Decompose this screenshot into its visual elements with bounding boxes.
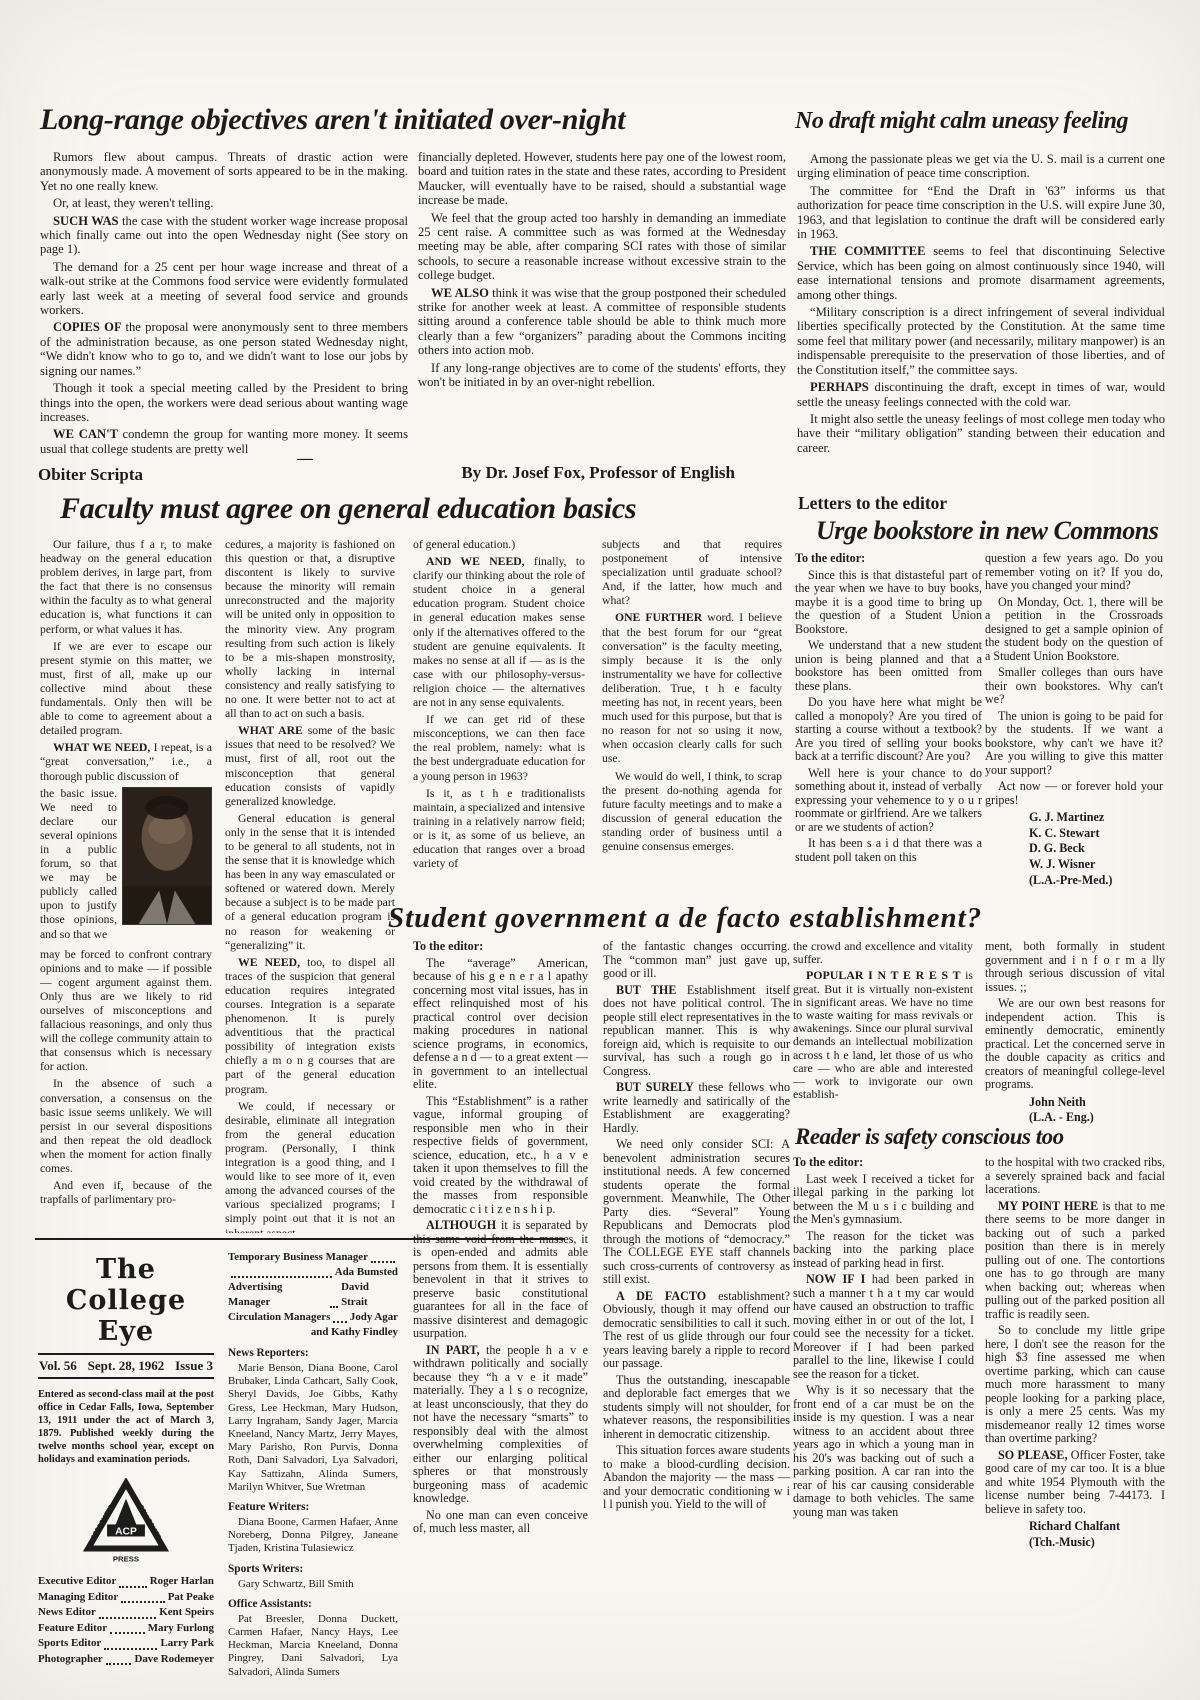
staff-row: Sports EditorLarry Park	[38, 1636, 214, 1652]
josef-fox-portrait-photo	[122, 787, 212, 925]
paragraph: Last week I received a ticket for illega…	[793, 1173, 974, 1227]
paragraph: The union is going to be paid for by the…	[985, 710, 1163, 778]
kicker-obiter-scripta: Obiter Scripta	[38, 465, 143, 485]
sig: John Neith	[985, 1095, 1165, 1111]
staff-names: Pat Breesler, Donna Duckett, Carmen Hafa…	[228, 1613, 398, 1679]
staff-row: PhotographerDave Rodemeyer	[38, 1652, 214, 1668]
kicker-letters-to-editor: Letters to the editor	[798, 493, 947, 514]
paragraph: And even if, because of the trapfalls of…	[40, 1179, 212, 1207]
paragraph: cedures, a majority is fashioned on this…	[225, 538, 395, 721]
photo-row: the basic issue. We need to declare our …	[40, 787, 212, 945]
paragraph: It might also settle the uneasy feelings…	[797, 412, 1165, 455]
paragraph: This situation forces aware students to …	[603, 1444, 790, 1512]
headline-faculty: Faculty must agree on general education …	[60, 492, 636, 526]
headline-studentgov: Student government a de facto establishm…	[388, 902, 982, 935]
paragraph: NOW IF I had been parked in such a manne…	[793, 1273, 974, 1381]
salutation: To the editor:	[793, 1156, 974, 1170]
sig: W. J. Wisner	[985, 857, 1163, 873]
svg-text:ACP: ACP	[115, 1526, 137, 1537]
faculty-column-4: subjects and that requires postponement …	[602, 538, 782, 857]
paragraph: “Military conscription is a direct infri…	[797, 305, 1165, 377]
faculty-col1-top: Our failure, thus f a r, to make headway…	[40, 538, 212, 784]
sig: K. C. Stewart	[985, 826, 1163, 842]
editors-list: Executive EditorRoger HarlanManaging Edi…	[38, 1574, 214, 1667]
paragraph: It has been s a i d that there was a stu…	[795, 837, 982, 864]
masthead-top-rule	[35, 1238, 565, 1240]
bookstore-column-2: question a few years ago. Do you remembe…	[985, 552, 1163, 889]
paragraph: We understand that a new student union i…	[795, 639, 982, 693]
studentgov-column-4: ment, both formally in student governmen…	[985, 940, 1165, 1126]
paragraph: to the hospital with two cracked ribs, a…	[985, 1156, 1165, 1197]
paragraph: We need only consider SCI: A benevolent …	[603, 1138, 790, 1287]
right-align: and Kathy Findley	[228, 1325, 398, 1340]
paragraph: This “Establishment” is a rather vague, …	[413, 1095, 588, 1217]
masthead-staff-block: Temporary Business ManagerAda BumstedAdv…	[228, 1250, 398, 1681]
paragraph: Smaller colleges than ours have their ow…	[985, 666, 1163, 707]
paragraph: We feel that the group acted too harshly…	[418, 211, 786, 283]
faculty-col1-bottom: may be forced to confront contrary opini…	[40, 948, 212, 1208]
staff-row: Managing EditorPat Peake	[38, 1590, 214, 1606]
paragraph: Since this is that distasteful part of t…	[795, 569, 982, 637]
sig: G. J. Martinez	[985, 810, 1163, 826]
staff-row: Ada Bumsted	[228, 1265, 398, 1280]
staff-names: Marie Benson, Diana Boone, Carol Brubake…	[228, 1362, 398, 1494]
paragraph: We are our own best reasons for independ…	[985, 997, 1165, 1092]
staff-row: Temporary Business Manager	[228, 1250, 398, 1265]
studentgov-column-2: of the fantastic changes occurring. The …	[603, 940, 790, 1515]
paragraph: Why is it so necessary that the front en…	[793, 1384, 974, 1519]
newspaper-page: Long-range objectives aren't initiated o…	[0, 0, 1200, 1700]
staff-head: News Reporters:	[228, 1346, 398, 1361]
safety-col1-text: Last week I received a ticket for illega…	[793, 1173, 974, 1520]
paragraph: Our failure, thus f a r, to make headway…	[40, 538, 212, 637]
paragraph: In the absence of such a conversation, a…	[40, 1077, 212, 1176]
staff-head: Sports Writers:	[228, 1562, 398, 1577]
headline-nodraft: No draft might calm uneasy feeling	[795, 108, 1128, 135]
faculty-column-2: cedures, a majority is fashioned on this…	[225, 538, 395, 1233]
paragraph: WHAT WE NEED, I repeat, is a “great conv…	[40, 741, 212, 783]
paragraph: The committee for “End the Draft in '63”…	[797, 184, 1165, 242]
faculty-column-3: of general education.)AND WE NEED, final…	[413, 538, 585, 874]
paragraph: Act now — or forever hold your gripes!	[985, 780, 1163, 807]
paragraph: Do you have here what might be called a …	[795, 696, 982, 764]
paragraph: PERHAPS discontinuing the draft, except …	[797, 380, 1165, 409]
svg-text:PRESS: PRESS	[113, 1554, 139, 1563]
paragraph: General education is general only in the…	[225, 812, 395, 953]
paragraph: The “average” American, because of his g…	[413, 957, 588, 1092]
masthead-block: The College Eye Vol. 56 Sept. 28, 1962 I…	[38, 1252, 214, 1667]
paragraph: BUT THE Establishment itself does not ha…	[603, 984, 790, 1079]
bookstore-col1-text: Since this is that distasteful part of t…	[795, 569, 982, 865]
business-staff-list: Temporary Business ManagerAda BumstedAdv…	[228, 1250, 398, 1340]
paragraph: On Monday, Oct. 1, there will be a petit…	[985, 596, 1163, 664]
paragraph: may be forced to confront contrary opini…	[40, 948, 212, 1075]
headline-safety: Reader is safety conscious too	[795, 1124, 1064, 1150]
paragraph: Well here is your chance to do something…	[795, 767, 982, 835]
paragraph: No one man can even conceive of, much le…	[413, 1509, 588, 1536]
paragraph: financially depleted. However, students …	[418, 150, 786, 208]
paragraph: SUCH WAS the case with the student worke…	[40, 214, 408, 257]
paragraph: So to conclude my little gripe here, I d…	[985, 1324, 1165, 1446]
staff-sections: News Reporters:Marie Benson, Diana Boone…	[228, 1346, 398, 1679]
staff-row: Advertising ManagerDavid Strait	[228, 1280, 398, 1310]
faculty-text-beside-photo: the basic issue. We need to declare our …	[40, 787, 117, 945]
staff-row: Executive EditorRoger Harlan	[38, 1574, 214, 1590]
salutation: To the editor:	[413, 940, 588, 954]
end-mark-dash: —	[285, 450, 325, 468]
safety-column-2: to the hospital with two cracked ribs, a…	[985, 1156, 1165, 1550]
bookstore-column-1: To the editor: Since this is that distas…	[795, 552, 982, 867]
paragraph: If we can get rid of these misconception…	[413, 713, 585, 783]
headline-longrange: Long-range objectives aren't initiated o…	[40, 103, 625, 137]
paragraph: Or, at least, they weren't telling.	[40, 196, 408, 210]
paragraph: COPIES OF the proposal were anonymously …	[40, 320, 408, 378]
staff-head: Feature Writers:	[228, 1500, 398, 1515]
paragraph: Among the passionate pleas we get via th…	[797, 152, 1165, 181]
newspaper-name: The College Eye	[38, 1252, 214, 1353]
safety-column-1: To the editor: Last week I received a ti…	[793, 1156, 974, 1522]
sig: (L.A.-Pre-Med.)	[985, 873, 1163, 889]
rule	[38, 1377, 214, 1379]
paragraph: of general education.)	[413, 538, 585, 552]
studentgov-column-3: the crowd and excellence and vitality su…	[793, 940, 973, 1104]
volume-line: Vol. 56 Sept. 28, 1962 Issue 3	[38, 1355, 214, 1377]
paragraph: SO PLEASE, Officer Foster, take good car…	[985, 1449, 1165, 1517]
paragraph: We would do well, I think, to scrap the …	[602, 770, 782, 855]
byline-josef-fox: By Dr. Josef Fox, Professor of English	[420, 463, 735, 483]
paragraph: A DE FACTO establishment? Obviously, tho…	[603, 1290, 790, 1371]
longrange-column-1: Rumors flew about campus. Threats of dra…	[40, 150, 408, 459]
faculty-column-1: Our failure, thus f a r, to make headway…	[40, 538, 212, 1210]
staff-head: Office Assistants:	[228, 1597, 398, 1612]
issue-date: Sept. 28, 1962	[88, 1358, 165, 1374]
paragraph: WE NEED, too, to dispel all traces of th…	[225, 956, 395, 1097]
paragraph: Rumors flew about campus. Threats of dra…	[40, 150, 408, 193]
paragraph: BUT SURELY these fellows who write learn…	[603, 1081, 790, 1135]
staff-names: Gary Schwartz, Bill Smith	[228, 1578, 398, 1591]
second-class-mail-notice: Entered as second-class mail at the post…	[38, 1388, 214, 1466]
paragraph: The demand for a 25 cent per hour wage i…	[40, 260, 408, 318]
sig: D. G. Beck	[985, 841, 1163, 857]
paragraph: the basic issue. We need to declare our …	[40, 787, 117, 942]
paragraph: MY POINT HERE is that to me there seems …	[985, 1200, 1165, 1322]
paragraph: subjects and that requires postponement …	[602, 538, 782, 608]
paragraph: WE CAN'T condemn the group for wanting m…	[40, 427, 408, 456]
issue-number: Issue 3	[175, 1358, 213, 1374]
staff-names: Diana Boone, Carmen Hafaer, Anne Noreber…	[228, 1516, 398, 1556]
salutation: To the editor:	[795, 552, 982, 566]
paragraph: ONE FURTHER word. I believe that the bes…	[602, 611, 782, 766]
sig: Richard Chalfant	[985, 1519, 1165, 1535]
acp-logo: ACP PRESS ASSOCIATED COLLEGIATE	[83, 1478, 169, 1564]
paragraph: AND WE NEED, finally, to clarify our thi…	[413, 555, 585, 710]
paragraph: Thus the outstanding, inescapable and de…	[603, 1374, 790, 1442]
paragraph: the crowd and excellence and vitality su…	[793, 940, 973, 966]
paragraph: We could, if necessary or desirable, eli…	[225, 1100, 395, 1233]
paragraph: The reason for the ticket was backing in…	[793, 1230, 974, 1271]
sig: (Tch.-Music)	[985, 1535, 1165, 1551]
paragraph: question a few years ago. Do you remembe…	[985, 552, 1163, 593]
headline-bookstore: Urge bookstore in new Commons	[816, 516, 1158, 546]
paragraph: If we are ever to escape our present sty…	[40, 640, 212, 739]
volume-number: Vol. 56	[39, 1358, 77, 1374]
paragraph: THE COMMITTEE seems to feel that discont…	[797, 244, 1165, 302]
staff-row: Circulation ManagersJody Agar	[228, 1310, 398, 1325]
staff-row: Feature EditorMary Furlong	[38, 1621, 214, 1637]
paragraph: of the fantastic changes occurring. The …	[603, 940, 790, 981]
paragraph: ment, both formally in student governmen…	[985, 940, 1165, 994]
studentgov-col1-text: The “average” American, because of his g…	[413, 957, 588, 1536]
paragraph: Is it, as t h e traditionalists maintain…	[413, 787, 585, 872]
staff-row: News EditorKent Speirs	[38, 1605, 214, 1621]
paragraph: IN PART, the people h a v e withdrawn po…	[413, 1344, 588, 1506]
paragraph: If any long-range objectives are to come…	[418, 361, 786, 390]
paragraph: WHAT ARE some of the basic issues that n…	[225, 724, 395, 809]
nodraft-body: Among the passionate pleas we get via th…	[797, 152, 1165, 458]
paragraph: POPULAR I N T E R E S T is great. But it…	[793, 969, 973, 1101]
paragraph: Though it took a special meeting called …	[40, 381, 408, 424]
longrange-column-2: financially depleted. However, students …	[418, 150, 786, 393]
paragraph: WE ALSO think it was wise that the group…	[418, 286, 786, 358]
